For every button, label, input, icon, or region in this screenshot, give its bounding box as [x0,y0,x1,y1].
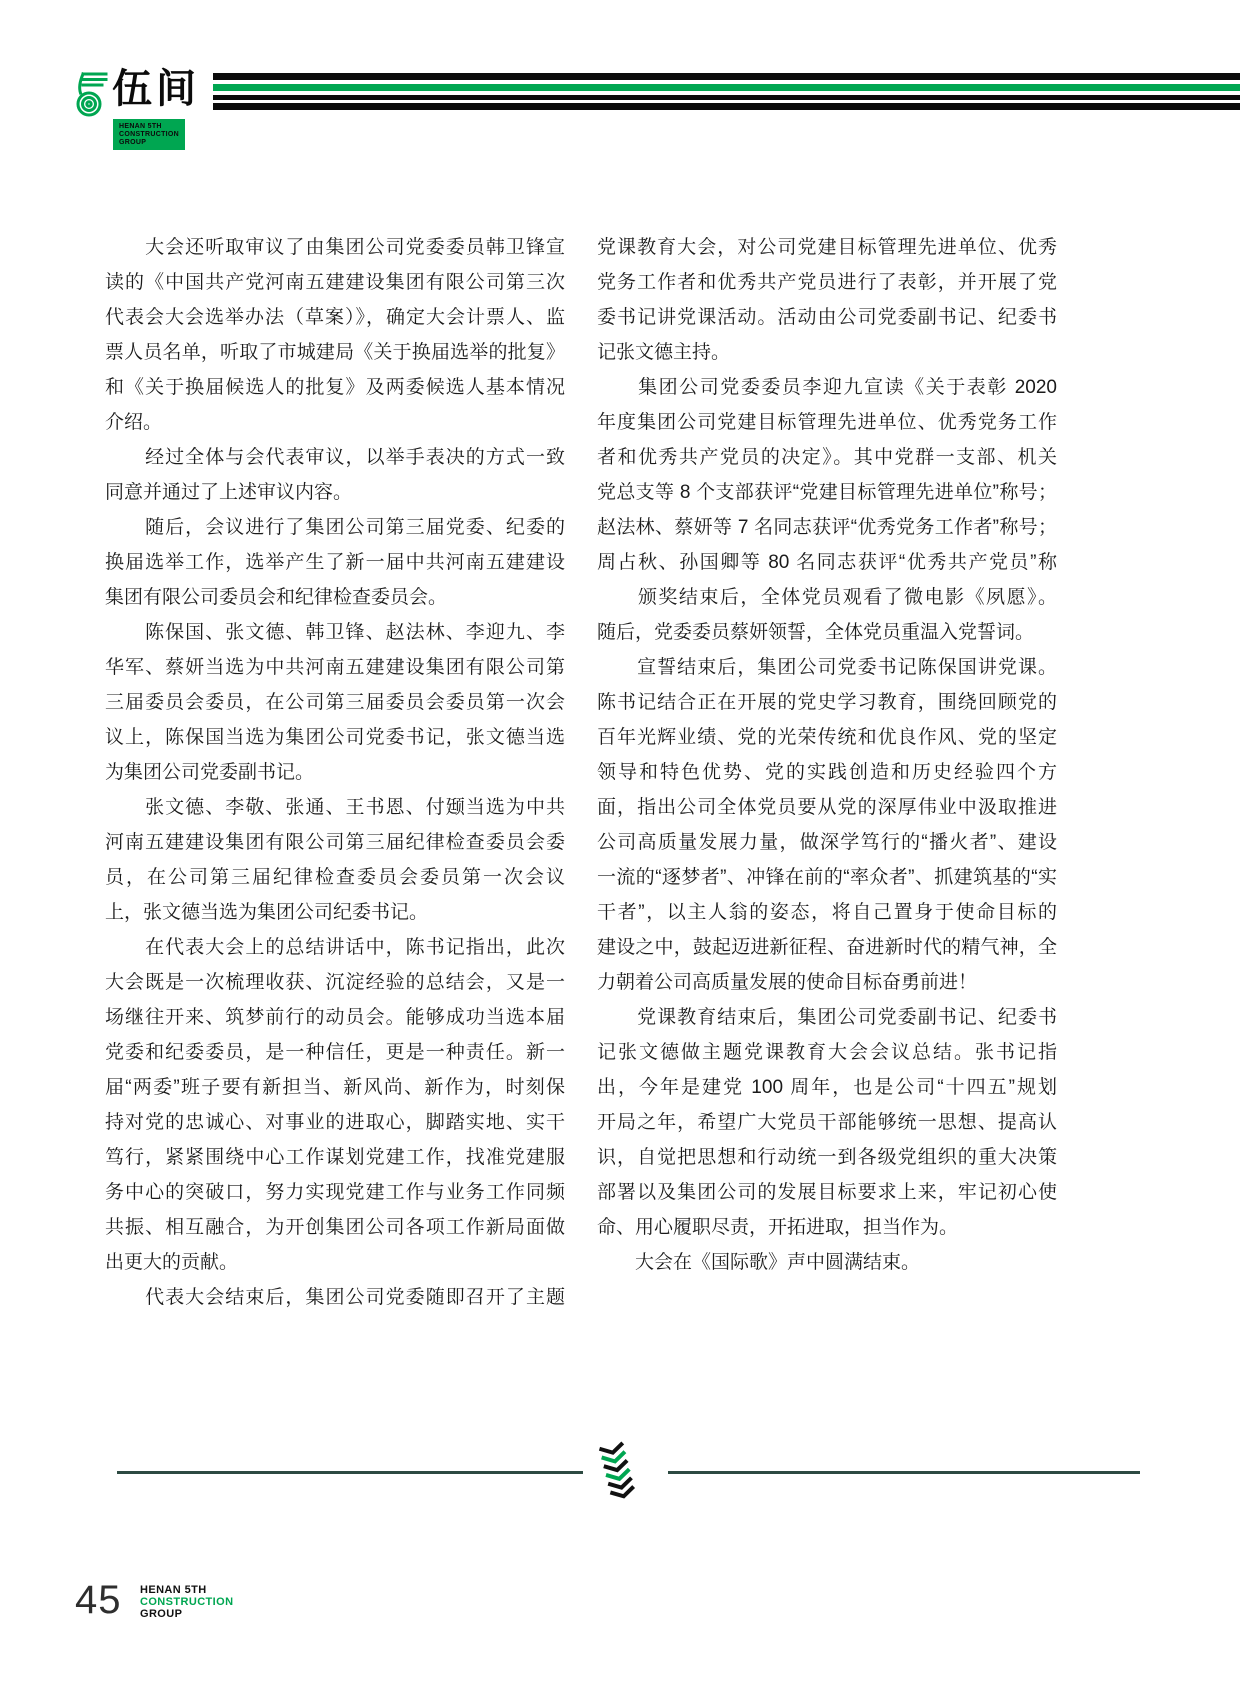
section-divider [0,1438,1240,1508]
text-line: 党总支等 8 个支部获评“党建目标管理先进单位”称号； [597,475,1057,510]
text-line: 同意并通过了上述审议内容。 [105,475,565,510]
text-line: 党委和纪委委员，是一种信任，更是一种责任。新一 [105,1035,565,1070]
text-line: 员，在公司第三届纪律检查委员会委员第一次会议 [105,860,565,895]
text-line: 届“两委”班子要有新担当、新风尚、新作为，时刻保 [105,1070,565,1105]
text-line: 笃行，紧紧围绕中心工作谋划党建工作，找准党建服 [105,1140,565,1175]
five-spiral-logo-icon [73,70,109,123]
text-line: 务中心的突破口，努力实现党建工作与业务工作同频 [105,1175,565,1210]
brand-box-line: HENAN 5TH [119,123,185,131]
text-line: 公司高质量发展力量，做深学笃行的“播火者”、建设 [597,825,1057,860]
text-line: 经过全体与会代表审议，以举手表决的方式一致 [105,440,565,475]
masthead-brand-box: HENAN 5TH CONSTRUCTION GROUP [113,119,185,150]
text-line: 大会还听取审议了由集团公司党委委员韩卫锋宣 [105,230,565,265]
text-line: 出，今年是建党 100 周年，也是公司“十四五”规划 [597,1070,1057,1105]
left-column: 大会还听取审议了由集团公司党委委员韩卫锋宣读的《中国共产党河南五建建设集团有限公… [105,230,565,1315]
text-line: 周占秋、孙国卿等 80 名同志获评“优秀共产党员”称号。 [597,545,1057,580]
text-line: 代表大会结束后，集团公司党委随即召开了主题 [105,1280,565,1315]
divider-line-left [117,1471,583,1474]
text-line: 领导和特色优势、党的实践创造和历史经验四个方 [597,755,1057,790]
footer-brand-line: HENAN 5TH [140,1584,233,1596]
text-line: 随后，会议进行了集团公司第三届党委、纪委的 [105,510,565,545]
text-line: 宣誓结束后，集团公司党委书记陈保国讲党课。 [597,650,1057,685]
text-line: 场继往开来、筑梦前行的动员会。能够成功当选本届 [105,1000,565,1035]
brand-box-line: GROUP [119,139,185,147]
footer-brand: HENAN 5TH CONSTRUCTION GROUP [140,1584,233,1620]
text-line: 介绍。 [105,405,565,440]
text-line: 读的《中国共产党河南五建建设集团有限公司第三次 [105,265,565,300]
text-line: 百年光辉业绩、党的光荣传统和优良作风、党的坚定 [597,720,1057,755]
text-line: 开局之年，希望广大党员干部能够统一思想、提高认 [597,1105,1057,1140]
text-line: 力朝着公司高质量发展的使命目标奋勇前进！ [597,965,1057,1000]
text-line: 持对党的忠诚心、对事业的进取心，脚踏实地、实干 [105,1105,565,1140]
text-line: 共振、相互融合，为开创集团公司各项工作新局面做 [105,1210,565,1245]
text-line: 大会既是一次梳理收获、沉淀经验的总结会，又是一 [105,965,565,1000]
brand-box-line: CONSTRUCTION [119,131,185,139]
stripe-black-1 [213,73,1240,80]
footer-brand-line: GROUP [140,1608,233,1620]
text-line: 者和优秀共产党员的决定》。其中党群一支部、机关 [597,440,1057,475]
text-line: 上，张文德当选为集团公司纪委书记。 [105,895,565,930]
text-line: 委书记讲党课活动。活动由公司党委副书记、纪委书 [597,300,1057,335]
page-number: 45 [75,1578,122,1622]
text-line: 记张文德做主题党课教育大会会议总结。张书记指 [597,1035,1057,1070]
masthead-title: 伍间 [112,66,200,112]
text-line: 随后，党委委员蔡妍领誓，全体党员重温入党誓词。 [597,615,1057,650]
text-line: 和《关于换届候选人的批复》及两委候选人基本情况 [105,370,565,405]
text-line: 三届委员会委员，在公司第三届委员会委员第一次会 [105,685,565,720]
text-line: 面，指出公司全体党员要从党的深厚伟业中汲取推进 [597,790,1057,825]
stripe-black-3 [213,103,1240,110]
text-line: 集团有限公司委员会和纪律检查委员会。 [105,580,565,615]
right-column: 党课教育大会，对公司党建目标管理先进单位、优秀党务工作者和优秀共产党员进行了表彰… [597,230,1057,1280]
text-line: 识，自觉把思想和行动统一到各级党组织的重大决策 [597,1140,1057,1175]
text-line: 党务工作者和优秀共产党员进行了表彰，并开展了党 [597,265,1057,300]
text-line: 为集团公司党委副书记。 [105,755,565,790]
text-line: 在代表大会上的总结讲话中，陈书记指出，此次 [105,930,565,965]
text-line: 年度集团公司党建目标管理先进单位、优秀党务工作 [597,405,1057,440]
stripe-black-2 [213,95,1240,100]
text-line: 出更大的贡献。 [105,1245,565,1280]
text-line: 大会在《国际歌》声中圆满结束。 [597,1245,1057,1280]
text-line: 部署以及集团公司的发展目标要求上来，牢记初心使 [597,1175,1057,1210]
text-line: 河南五建建设集团有限公司第三届纪律检查委员会委 [105,825,565,860]
magazine-page: 伍间 HENAN 5TH CONSTRUCTION GROUP 大会还听取审议了… [0,0,1240,1683]
text-line: 代表会大会选举办法（草案）》，确定大会计票人、监 [105,300,565,335]
text-line: 票人员名单，听取了市城建局《关于换届选举的批复》 [105,335,565,370]
text-line: 陈书记结合正在开展的党史学习教育，围绕回顾党的 [597,685,1057,720]
text-line: 陈保国、张文德、韩卫锋、赵法林、李迎九、李 [105,615,565,650]
text-line: 议上，陈保国当选为集团公司党委书记，张文德当选 [105,720,565,755]
text-line: 党课教育结束后，集团公司党委副书记、纪委书 [597,1000,1057,1035]
text-line: 干者”，以主人翁的姿态，将自己置身于使命目标的 [597,895,1057,930]
text-line: 颁奖结束后，全体党员观看了微电影《夙愿》。 [597,580,1057,615]
text-line: 华军、蔡妍当选为中共河南五建建设集团有限公司第 [105,650,565,685]
text-line: 换届选举工作，选举产生了新一届中共河南五建建设 [105,545,565,580]
text-line: 集团公司党委委员李迎九宣读《关于表彰 2020 [597,370,1057,405]
text-line: 记张文德主持。 [597,335,1057,370]
text-line: 赵法林、蔡妍等 7 名同志获评“优秀党务工作者”称号； [597,510,1057,545]
header-stripes [213,73,1240,110]
text-line: 党课教育大会，对公司党建目标管理先进单位、优秀 [597,230,1057,265]
footer-brand-line: CONSTRUCTION [140,1596,233,1608]
wave-chevron-icon [594,1438,643,1509]
stripe-green [213,84,1240,91]
text-line: 一流的“逐梦者”、冲锋在前的“率众者”、抓建筑基的“实 [597,860,1057,895]
text-line: 建设之中，鼓起迈进新征程、奋进新时代的精气神，全 [597,930,1057,965]
text-line: 张文德、李敬、张通、王书恩、付颋当选为中共 [105,790,565,825]
divider-line-right [668,1471,1140,1474]
text-line: 命、用心履职尽责，开拓进取，担当作为。 [597,1210,1057,1245]
